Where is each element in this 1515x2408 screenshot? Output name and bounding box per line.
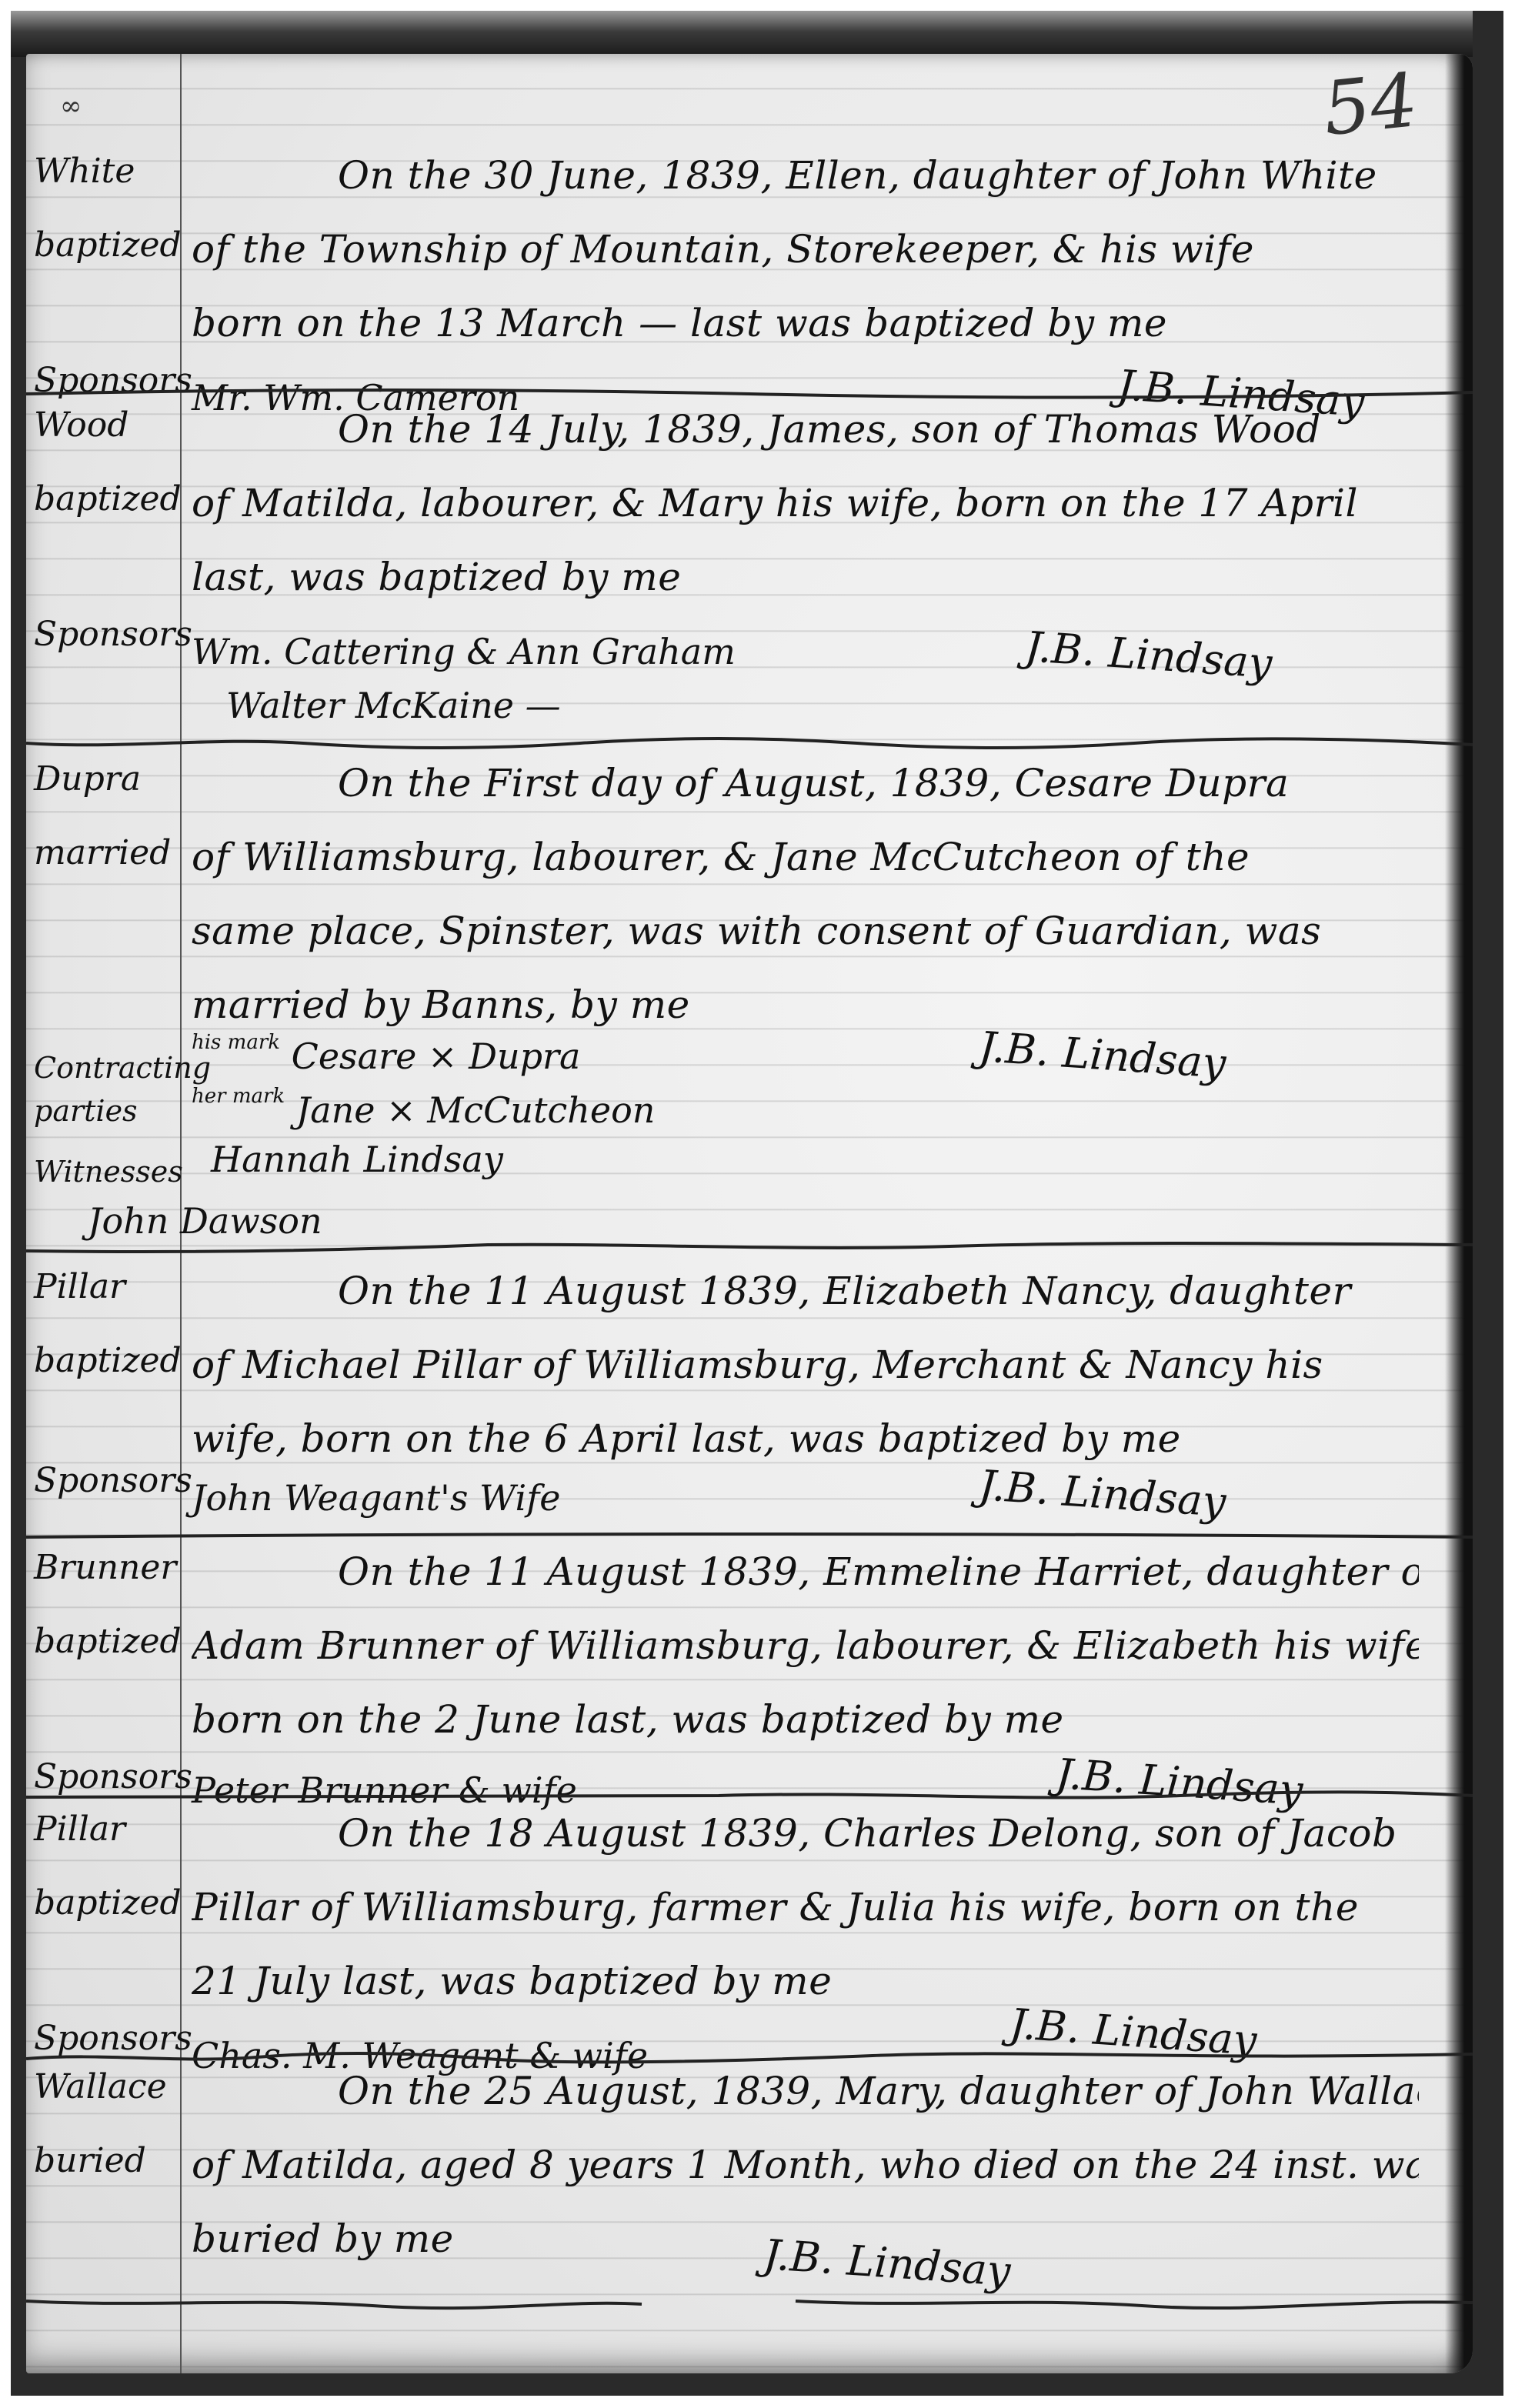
entry-line: last, was baptized by me (192, 540, 1419, 614)
entry-margin: White baptized Sponsors (34, 146, 176, 406)
entry-margin: Brunner baptized Sponsors (34, 1543, 176, 1803)
entry-margin: Pillar baptized Sponsors (34, 1262, 176, 1506)
entry-surname: Pillar (34, 1262, 176, 1312)
sponsors-extra: Walter McKaine — (226, 685, 561, 726)
sponsors-names: Wm. Cattering & Ann Graham (192, 631, 736, 672)
entry-surname: Brunner (34, 1543, 176, 1593)
entry-surname: White (34, 146, 176, 197)
witness-name: Hannah Lindsay (211, 1139, 503, 1180)
entry-event: baptized (34, 1878, 176, 1929)
entry-line: Pillar of Williamsburg, farmer & Julia h… (192, 1870, 1419, 1944)
entry-surname: Wallace (34, 2062, 176, 2113)
entry-text: On the 11 August 1839, Elizabeth Nancy, … (192, 1254, 1419, 1476)
witnesses-label: Witnesses (34, 1146, 176, 1197)
entry-line: On the 11 August 1839, Emmeline Harriet,… (192, 1535, 1419, 1609)
corner-mark: ∞ (60, 91, 82, 122)
entry-line: of Michael Pillar of Williamsburg, Merch… (192, 1328, 1419, 1402)
entry-line: 21 July last, was baptized by me (192, 1944, 1419, 2018)
entry-line: born on the 13 March — last was baptized… (192, 286, 1419, 360)
entry-event: buried (34, 2136, 176, 2186)
officiant-signature: J.B. Lindsay (1024, 622, 1274, 688)
entry-text: On the 11 August 1839, Emmeline Harriet,… (192, 1535, 1419, 1756)
entry-divider (26, 1240, 1473, 1254)
sponsors-names: John Weagant's Wife (192, 1477, 560, 1519)
entry-margin: Pillar baptized Sponsors (34, 1804, 176, 2064)
entry-margin: Wood baptized Sponsors (34, 400, 176, 660)
entry-surname: Wood (34, 400, 176, 451)
entry-text: On the 30 June, 1839, Ellen, daughter of… (192, 138, 1419, 360)
entry-event: baptized (34, 220, 176, 271)
entry-event: baptized (34, 1616, 176, 1667)
mark-note: her mark (192, 1085, 285, 1108)
entry-event: married (34, 828, 176, 879)
page-edge-shadow (1445, 54, 1473, 2373)
entry-text: On the 14 July, 1839, James, son of Thom… (192, 392, 1419, 614)
entry-margin: Wallace buried (34, 2062, 176, 2186)
party-1: Cesare × Dupra (292, 1036, 581, 1077)
witness-name: John Dawson (88, 1200, 322, 1242)
party-name: her mark Jane × McCutcheon (192, 1085, 655, 1131)
entry-line: wife, born on the 6 April last, was bapt… (192, 1402, 1419, 1476)
binding-shadow (11, 11, 1473, 57)
sponsors-label: Sponsors (34, 609, 176, 660)
entry-margin: Dupra married (34, 754, 176, 879)
entry-line: of Matilda, labourer, & Mary his wife, b… (192, 466, 1419, 540)
register-page: ∞ 54 White baptized Sponsors On the 30 J… (26, 54, 1473, 2373)
entry-line: On the 25 August, 1839, Mary, daughter o… (192, 2054, 1419, 2128)
entry-line: of the Township of Mountain, Storekeeper… (192, 212, 1419, 286)
party-2: Jane × McCutcheon (296, 1089, 656, 1131)
entry-line: same place, Spinster, was with consent o… (192, 894, 1419, 968)
entry-event: baptized (34, 1336, 176, 1386)
entry-line: On the 30 June, 1839, Ellen, daughter of… (192, 138, 1419, 212)
party-name: his mark Cesare × Dupra (192, 1031, 580, 1077)
entry-line: On the 11 August 1839, Elizabeth Nancy, … (192, 1254, 1419, 1328)
entry-text: On the First day of August, 1839, Cesare… (192, 746, 1419, 1042)
parties-label: Contracting parties (34, 1046, 176, 1132)
entry-event: baptized (34, 474, 176, 525)
entry-divider (26, 2296, 1473, 2310)
sponsors-label: Sponsors (34, 1456, 176, 1506)
entry-line: of Williamsburg, labourer, & Jane McCutc… (192, 820, 1419, 894)
entry-surname: Dupra (34, 754, 176, 805)
mark-note: his mark (192, 1031, 280, 1054)
entry-line: born on the 2 June last, was baptized by… (192, 1683, 1419, 1756)
entry-line: On the 18 August 1839, Charles Delong, s… (192, 1796, 1419, 1870)
entry-text: On the 18 August 1839, Charles Delong, s… (192, 1796, 1419, 2018)
entry-line: of Matilda, aged 8 years 1 Month, who di… (192, 2128, 1419, 2202)
entry-line: Adam Brunner of Williamsburg, labourer, … (192, 1609, 1419, 1683)
entry-line: On the First day of August, 1839, Cesare… (192, 746, 1419, 820)
entry-line: On the 14 July, 1839, James, son of Thom… (192, 392, 1419, 466)
entry-surname: Pillar (34, 1804, 176, 1855)
